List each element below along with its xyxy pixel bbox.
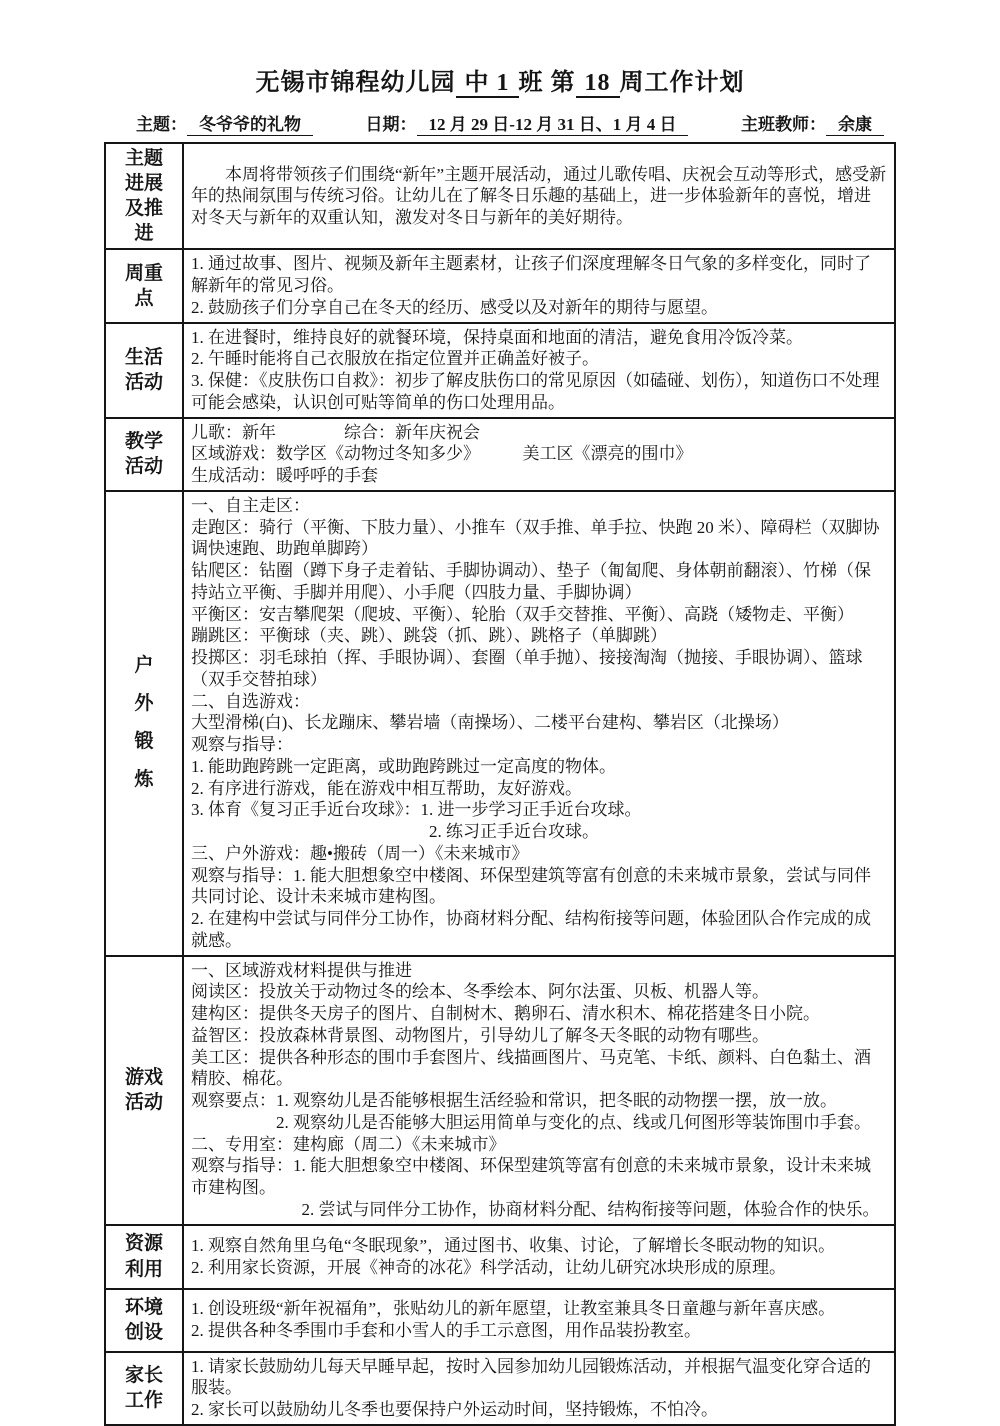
content-line: 2. 家长可以鼓励幼儿冬季也要保持户外运动时间，坚持锻炼，不怕冷。 (191, 1399, 887, 1421)
date-value: 12 月 29 日-12 月 31 日、1 月 4 日 (417, 115, 689, 136)
content-line: 2. 有序进行游戏，能在游戏中相互帮助，友好游戏。 (191, 778, 887, 800)
title-prefix: 无锡市锦程幼儿园 (256, 70, 456, 96)
row-content: 1. 请家长鼓励幼儿每天早睡早起，按时入园参加幼儿园锻炼活动，并根据气温变化穿合… (183, 1352, 895, 1425)
content-line: 美工区：提供各种形态的围巾手套图片、线描画图片、马克笔、卡纸、颜料、白色黏土、酒… (191, 1047, 887, 1091)
table-row: 游戏 活动一、区域游戏材料提供与推进阅读区：投放关于动物过冬的绘本、冬季绘本、阿… (105, 956, 895, 1225)
content-line: 大型滑梯(白)、长龙蹦床、攀岩墙（南操场）、二楼平台建构、攀岩区（北操场） (191, 712, 887, 734)
content-line: 2. 提供各种冬季围巾手套和小雪人的手工示意图，用作品装扮教室。 (191, 1320, 887, 1342)
content-line: 三、户外游戏：趣•搬砖（周一）《未来城市》 (191, 843, 887, 865)
row-content: 一、区域游戏材料提供与推进阅读区：投放关于动物过冬的绘本、冬季绘本、阿尔法蛋、贝… (183, 956, 895, 1225)
date-label: 日期： (366, 115, 417, 134)
row-label: 户 外 锻 炼 (105, 491, 183, 956)
date-field: 日期：12 月 29 日-12 月 31 日、1 月 4 日 (366, 110, 689, 135)
content-line: 阅读区：投放关于动物过冬的绘本、冬季绘本、阿尔法蛋、贝板、机器人等。 (191, 981, 887, 1003)
row-label: 主题 进展 及推 进 (105, 143, 183, 249)
row-content: 儿歌：新年 综合：新年庆祝会区域游戏：数学区《动物过冬知多少》 美工区《漂亮的围… (183, 418, 895, 491)
row-content: 本周将带领孩子们围绕“新年”主题开展活动，通过儿歌传唱、庆祝会互动等形式，感受新… (183, 143, 895, 249)
content-line: 1. 观察自然角里乌龟“冬眠现象”，通过图书、收集、讨论，了解增长冬眠动物的知识… (191, 1235, 887, 1257)
content-line: 2. 利用家长资源，开展《神奇的冰花》科学活动，让幼儿研究冰块形成的原理。 (191, 1257, 887, 1279)
meta-row: 主题：冬爷爷的礼物 日期：12 月 29 日-12 月 31 日、1 月 4 日… (104, 110, 896, 135)
content-line: 3. 体育《复习正手近台攻球》：1. 进一步学习正手近台攻球。 (191, 799, 887, 821)
content-line: 一、区域游戏材料提供与推进 (191, 960, 887, 982)
content-line: 1. 通过故事、图片、视频及新年主题素材，让孩子们深度理解冬日气象的多样变化，同… (191, 253, 887, 297)
row-label: 资源 利用 (105, 1225, 183, 1289)
content-line: 2. 尝试与同伴分工协作，协商材料分配、结构衔接等问题，体验合作的快乐。 (191, 1199, 887, 1221)
content-line: 走跑区：骑行（平衡、下肢力量）、小推车（双手推、单手拉、快跑 20 米）、障碍栏… (191, 517, 887, 561)
content-line: 平衡区：安吉攀爬架（爬坡、平衡）、轮胎（双手交替推、平衡）、高跷（矮物走、平衡） (191, 604, 887, 626)
table-row: 周重 点1. 通过故事、图片、视频及新年主题素材，让孩子们深度理解冬日气象的多样… (105, 249, 895, 322)
row-content: 1. 创设班级“新年祝福角”，张贴幼儿的新年愿望，让教室兼具冬日童趣与新年喜庆感… (183, 1289, 895, 1352)
content-line: 本周将带领孩子们围绕“新年”主题开展活动，通过儿歌传唱、庆祝会互动等形式，感受新… (191, 164, 887, 229)
row-label: 生活 活动 (105, 323, 183, 418)
content-line: 1. 在进餐时，维持良好的就餐环境，保持桌面和地面的清洁，避免食用冷饭冷菜。 (191, 327, 887, 349)
theme-value: 冬爷爷的礼物 (187, 115, 313, 136)
row-content: 一、自主走区：走跑区：骑行（平衡、下肢力量）、小推车（双手推、单手拉、快跑 20… (183, 491, 895, 956)
row-content: 1. 观察自然角里乌龟“冬眠现象”，通过图书、收集、讨论，了解增长冬眠动物的知识… (183, 1225, 895, 1289)
content-line: 钻爬区：钻圈（蹲下身子走着钻、手脚协调动）、垫子（匍匐爬、身体朝前翻滚）、竹梯（… (191, 560, 887, 604)
document-page: 无锡市锦程幼儿园中 1班 第18周工作计划 主题：冬爷爷的礼物 日期：12 月 … (0, 62, 1000, 1426)
content-line: 区域游戏：数学区《动物过冬知多少》 美工区《漂亮的围巾》 (191, 443, 887, 465)
table-row: 环境 创设1. 创设班级“新年祝福角”，张贴幼儿的新年愿望，让教室兼具冬日童趣与… (105, 1289, 895, 1352)
content-line: 益智区：投放森林背景图、动物图片，引导幼儿了解冬天冬眠的动物有哪些。 (191, 1025, 887, 1047)
table-row: 教学 活动儿歌：新年 综合：新年庆祝会区域游戏：数学区《动物过冬知多少》 美工区… (105, 418, 895, 491)
content-line: 2. 午睡时能将自己衣服放在指定位置并正确盖好被子。 (191, 348, 887, 370)
content-line: 1. 请家长鼓励幼儿每天早睡早起，按时入园参加幼儿园锻炼活动，并根据气温变化穿合… (191, 1356, 887, 1400)
row-label: 环境 创设 (105, 1289, 183, 1352)
row-label: 教学 活动 (105, 418, 183, 491)
table-row: 家长 工作1. 请家长鼓励幼儿每天早睡早起，按时入园参加幼儿园锻炼活动，并根据气… (105, 1352, 895, 1425)
table-row: 主题 进展 及推 进本周将带领孩子们围绕“新年”主题开展活动，通过儿歌传唱、庆祝… (105, 143, 895, 249)
content-line: 投掷区：羽毛球拍（挥、手眼协调）、套圈（单手抛）、接接淘淘（抛接、手眼协调）、篮… (191, 647, 887, 691)
title-mid: 班 第 (519, 70, 576, 96)
content-line: 儿歌：新年 综合：新年庆祝会 (191, 422, 887, 444)
row-label: 家长 工作 (105, 1352, 183, 1425)
content-line: 生成活动：暖呼呼的手套 (191, 465, 887, 487)
table-row: 户 外 锻 炼一、自主走区：走跑区：骑行（平衡、下肢力量）、小推车（双手推、单手… (105, 491, 895, 956)
plan-table-body: 主题 进展 及推 进本周将带领孩子们围绕“新年”主题开展活动，通过儿歌传唱、庆祝… (105, 143, 895, 1425)
title-class-value: 中 1 (456, 70, 519, 98)
page-title: 无锡市锦程幼儿园中 1班 第18周工作计划 (0, 62, 1000, 97)
teacher-value: 余康 (826, 115, 884, 136)
title-week-value: 18 (576, 70, 620, 98)
content-line: 2. 鼓励孩子们分享自己在冬天的经历、感受以及对新年的期待与愿望。 (191, 297, 887, 319)
content-line: 2. 观察幼儿是否能够大胆运用简单与变化的点、线或几何图形等装饰围巾手套。 (191, 1112, 887, 1134)
plan-table: 主题 进展 及推 进本周将带领孩子们围绕“新年”主题开展活动，通过儿歌传唱、庆祝… (104, 142, 896, 1426)
content-line: 二、自选游戏： (191, 691, 887, 713)
content-line: 2. 在建构中尝试与同伴分工协作，协商材料分配、结构衔接等问题，体验团队合作完成… (191, 908, 887, 952)
content-line: 2. 练习正手近台攻球。 (191, 821, 887, 843)
content-line: 观察要点：1. 观察幼儿是否能够根据生活经验和常识，把冬眠的动物摆一摆，放一放。 (191, 1090, 887, 1112)
content-line: 1. 能助跑跨跳一定距离，或助跑跨跳过一定高度的物体。 (191, 756, 887, 778)
row-label: 周重 点 (105, 249, 183, 322)
content-line: 二、专用室：建构廊（周二）《未来城市》 (191, 1134, 887, 1156)
teacher-field: 主班教师：余康 (741, 110, 884, 135)
teacher-label: 主班教师： (741, 115, 826, 134)
table-row: 生活 活动1. 在进餐时，维持良好的就餐环境，保持桌面和地面的清洁，避免食用冷饭… (105, 323, 895, 418)
content-line: 1. 创设班级“新年祝福角”，张贴幼儿的新年愿望，让教室兼具冬日童趣与新年喜庆感… (191, 1298, 887, 1320)
title-suffix: 周工作计划 (620, 70, 745, 96)
theme-label: 主题： (136, 115, 187, 134)
row-content: 1. 通过故事、图片、视频及新年主题素材，让孩子们深度理解冬日气象的多样变化，同… (183, 249, 895, 322)
content-line: 观察与指导： (191, 734, 887, 756)
content-line: 观察与指导：1. 能大胆想象空中楼阁、环保型建筑等富有创意的未来城市景象，设计未… (191, 1155, 887, 1199)
table-row: 资源 利用1. 观察自然角里乌龟“冬眠现象”，通过图书、收集、讨论，了解增长冬眠… (105, 1225, 895, 1289)
content-line: 3. 保健：《皮肤伤口自救》：初步了解皮肤伤口的常见原因（如磕碰、划伤），知道伤… (191, 370, 887, 414)
content-line: 一、自主走区： (191, 495, 887, 517)
content-line: 观察与指导：1. 能大胆想象空中楼阁、环保型建筑等富有创意的未来城市景象，尝试与… (191, 865, 887, 909)
row-label: 游戏 活动 (105, 956, 183, 1225)
row-content: 1. 在进餐时，维持良好的就餐环境，保持桌面和地面的清洁，避免食用冷饭冷菜。2.… (183, 323, 895, 418)
content-line: 建构区：提供冬天房子的图片、自制树木、鹅卵石、清水积木、棉花搭建冬日小院。 (191, 1003, 887, 1025)
content-line: 蹦跳区：平衡球（夹、跳）、跳袋（抓、跳）、跳格子（单脚跳） (191, 625, 887, 647)
theme-field: 主题：冬爷爷的礼物 (136, 110, 313, 135)
